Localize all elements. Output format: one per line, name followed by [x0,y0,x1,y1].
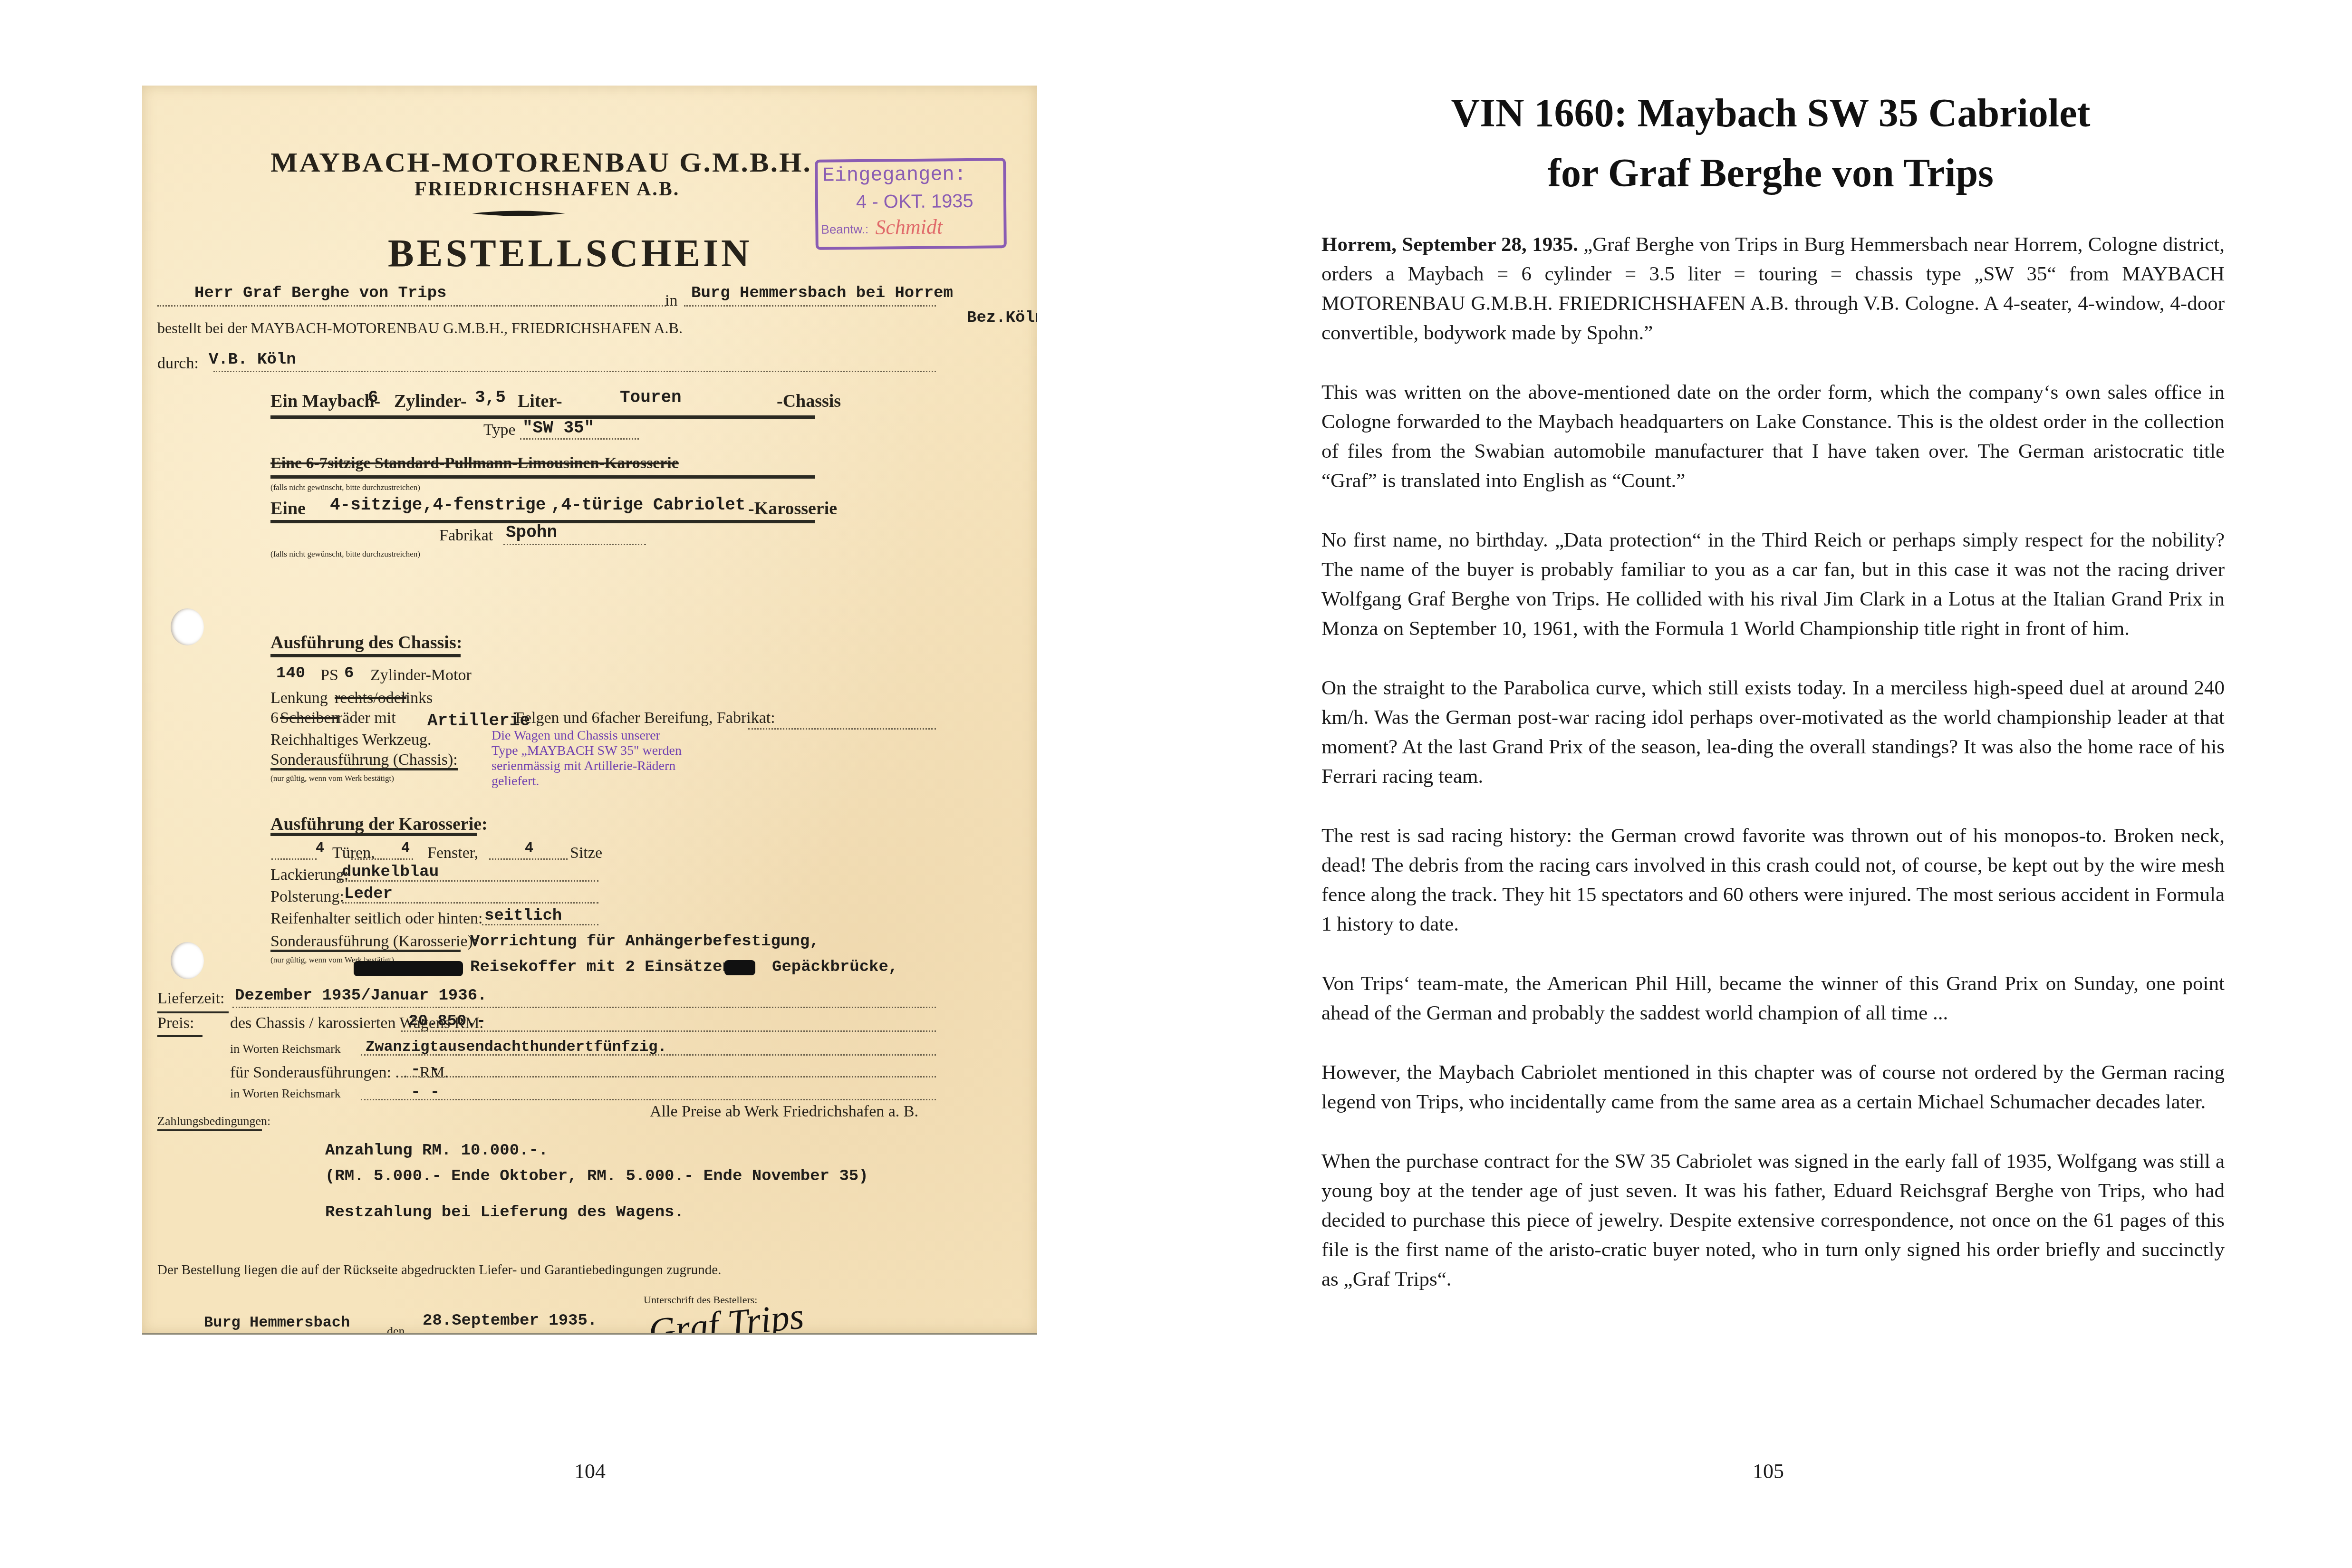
body-spec-heading: Ausführung der Karosserie: [270,814,488,835]
dotted-line [411,1334,506,1335]
series-stamp-line: geliefert. [492,774,682,789]
chassis-cyl-label: Zylinder- [394,391,467,412]
spare-label: Reifenhalter seitlich oder hinten: [270,910,483,928]
redaction-mark [354,961,463,976]
dotted-line [342,902,598,904]
via-label: durch: [157,355,199,373]
body-special-line2b: Gepäckbrücke, [772,958,898,976]
chassis-hp: 140 [276,664,305,683]
payment-label: Zahlungsbedingungen: [157,1114,270,1128]
paragraph: However, the Maybach Cabriolet mentioned… [1321,1058,2225,1117]
page-number-left: 104 [574,1459,606,1483]
body-windows-count: 4 [401,840,410,856]
body-seats-count: 4 [525,840,533,856]
seats-label: Sitze [570,844,602,862]
rule [270,475,815,479]
tools-line: Reichhaltiges Werkzeug. [270,731,431,749]
form-title: BESTELLSCHEIN [388,231,752,276]
rule [157,1011,229,1013]
orders-from: bestellt bei der MAYBACH-MOTORENBAU G.M.… [157,319,683,337]
dotted-line [684,305,936,307]
dotted-line [213,371,936,372]
payment-line1: Anzahlung RM. 10.000.-. [325,1142,548,1160]
page-number-right: 105 [1753,1459,1784,1483]
paragraph: Horrem, September 28, 1935. „Graf Berghe… [1321,230,2225,348]
rule [157,1035,202,1037]
payment-line3: Restzahlung bei Lieferung des Wagens. [325,1203,684,1222]
paragraph-lead: Horrem, September 28, 1935. [1321,233,1578,256]
dotted-line [339,880,598,882]
delivery-label: Lieferzeit: [157,990,225,1008]
punch-hole [171,942,204,979]
dotted-line [361,1099,936,1100]
chassis-liter-label: Liter- [518,391,562,412]
rule [157,1129,262,1131]
punch-hole [171,608,204,645]
paragraph: Von Trips‘ team-mate, the American Phil … [1321,969,2225,1028]
rule [270,950,461,952]
wheels-suffix: Felgen und 6facher Bereifung, Fabrikat: [515,709,775,727]
received-stamp: Eingegangen: 4 - OKT. 1935 Beantw.: Schm… [815,158,1007,250]
price-label: Preis: [157,1014,194,1032]
rule [270,654,461,657]
dotted-line [520,438,639,440]
paragraph: On the straight to the Parabolica curve,… [1321,673,2225,791]
paragraph: The rest is sad racing history: the Germ… [1321,821,2225,939]
dotted-line [271,858,317,860]
stamp-label: Eingegangen: [822,163,966,187]
series-stamp-line: Type „MAYBACH SW 35" werden [492,743,682,759]
wheels-label: räder mit [337,709,396,727]
body-special-label: Sonderausführung (Karosserie): [270,933,477,951]
paragraph: This was written on the above-mentioned … [1321,378,2225,496]
body-suffix: -Karosserie [748,498,837,519]
chassis-style: Touren [620,388,682,407]
windows-label: Fenster, [427,844,478,862]
dotted-line [401,1030,936,1032]
steering-label: Lenkung [270,689,328,707]
body-note: (falls nicht gewünscht, bitte durchzustr… [270,549,420,559]
series-stamp: Die Wagen und Chassis unserer Type „MAYB… [492,728,682,789]
maker-value: Spohn [506,523,557,542]
paragraph: No first name, no birthday. „Data protec… [1321,526,2225,644]
paragraph: When the purchase contract for the SW 35… [1321,1147,2225,1294]
dotted-line [503,544,646,545]
stamp-date: 4 - OKT. 1935 [856,191,974,213]
dotted-line [157,1334,381,1335]
redaction-mark [724,960,755,975]
body-windows: ,4-fenstrige [423,495,546,515]
terms-note: Der Bestellung liegen die auf der Rückse… [157,1262,721,1278]
special-words-label: in Worten Reichsmark [230,1087,341,1101]
signature-date: 28.September 1935. [423,1312,597,1330]
dotted-line [351,858,413,860]
paint-label: Lackierung: [270,866,348,884]
chassis-prefix: Ein Maybach- [270,391,380,412]
dotted-line [157,305,666,307]
paragraph-text: This was written on the above-mentioned … [1321,381,2225,492]
wheels-prefix: 6 [270,709,279,727]
chassis-cyl: 6 [344,664,354,683]
rule [270,833,477,836]
ornament-divider [472,210,565,217]
body-prefix: Eine [270,498,306,519]
ps-label: PS [320,666,338,684]
body-doors-count: 4 [316,840,324,856]
dotted-line [361,1054,936,1056]
body-doors: ,4-türige [551,495,643,515]
paragraph-text: When the purchase contract for the SW 35… [1321,1150,2225,1290]
body-special-line1: Vorrichtung für Anhängerbefestigung, [470,933,819,951]
paint-value: dunkelblau [342,863,439,881]
body-special-line2: Reisekoffer mit 2 Einsätzen, [470,958,742,976]
chapter-title-line2: for Graf Berghe von Trips [1312,144,2229,203]
wheels-value: Artillerie [427,711,530,731]
dotted-line [748,728,936,730]
delivery-value: Dezember 1935/Januar 1936. [235,987,487,1005]
paragraph-text: The rest is sad racing history: the Germ… [1321,825,2225,935]
den-label: , den [381,1324,405,1335]
price-words-label: in Worten Reichsmark [230,1042,341,1056]
paragraph-text: No first name, no birthday. „Data protec… [1321,529,2225,640]
body-type: Cabriolet [653,495,745,515]
chassis-special-label: Sonderausführung (Chassis): [270,751,458,769]
via-value: V.B. Köln [209,351,296,369]
scanned-order-form: MAYBACH-MOTORENBAU G.M.B.H. FRIEDRICHSHA… [142,86,1037,1335]
type-value: "SW 35" [522,418,594,438]
steering-value: links [401,689,433,707]
motor-label: Zylinder-Motor [370,666,472,684]
customer-location: Burg Hemmersbach bei Horrem [691,284,953,302]
dotted-line [603,1334,936,1335]
customer-name: Herr Graf Berghe von Trips [194,284,447,302]
dotted-line [232,1007,936,1008]
customer-district: Bez.Köln, [967,309,1037,327]
signature-place: Burg Hemmersbach [204,1314,350,1331]
chassis-special-note: (nur gültig, wenn vom Werk bestätigt) [270,774,394,783]
rule [270,768,458,770]
form-company-city: FRIEDRICHSHAFEN A.B. [414,178,680,201]
stamp-answered-label: Beantw.: [821,222,868,237]
paragraph-text: However, the Maybach Cabriolet mentioned… [1321,1061,2225,1113]
chapter-body: Horrem, September 28, 1935. „Graf Berghe… [1321,230,2225,1324]
steering-struck: rechts/oder [335,689,406,707]
stamp-initials: Schmidt [875,214,943,239]
paragraph-text: On the straight to the Parabolica curve,… [1321,677,2225,788]
paragraph-text: Von Trips‘ team-mate, the American Phil … [1321,972,2225,1024]
chapter-title-line1: VIN 1660: Maybach SW 35 Cabriolet [1312,84,2229,144]
upholstery-label: Polsterung: [270,888,344,906]
form-company-name: MAYBACH-MOTORENBAU G.M.B.H. [270,146,812,178]
dotted-line [482,924,598,925]
maker-label: Fabrikat [439,527,493,545]
spare-value: seitlich [484,907,562,925]
price-value: 20.850.- [408,1012,486,1030]
payment-line2: (RM. 5.000.- Ende Oktober, RM. 5.000.- E… [325,1167,868,1185]
dotted-line [489,858,568,860]
chassis-liters: 3,5 [475,388,506,407]
series-stamp-line: serienmässig mit Artillerie-Rädern [492,759,682,774]
in-label: in [665,292,677,310]
dotted-line [401,1076,936,1077]
struck-note: (falls nicht gewünscht, bitte durchzustr… [270,483,420,492]
chassis-cylinders: 6 [368,388,378,407]
chassis-spec-heading: Ausführung des Chassis: [270,632,462,653]
chassis-suffix: -Chassis [777,391,841,412]
price-words-value: Zwanzigtausendachthundertfünfzig. [366,1038,667,1056]
wheels-struck: Scheiben [280,709,339,727]
type-label: Type [483,421,516,439]
upholstery-value: Leder [344,885,393,903]
body-seats: 4-sitzige [330,495,422,515]
struck-body-line: Eine 6-7sitzige Standard-Pullmann-Limous… [270,454,679,472]
series-stamp-line: Die Wagen und Chassis unserer [492,728,682,743]
ex-works-note: Alle Preise ab Werk Friedrichshafen a. B… [650,1103,918,1121]
